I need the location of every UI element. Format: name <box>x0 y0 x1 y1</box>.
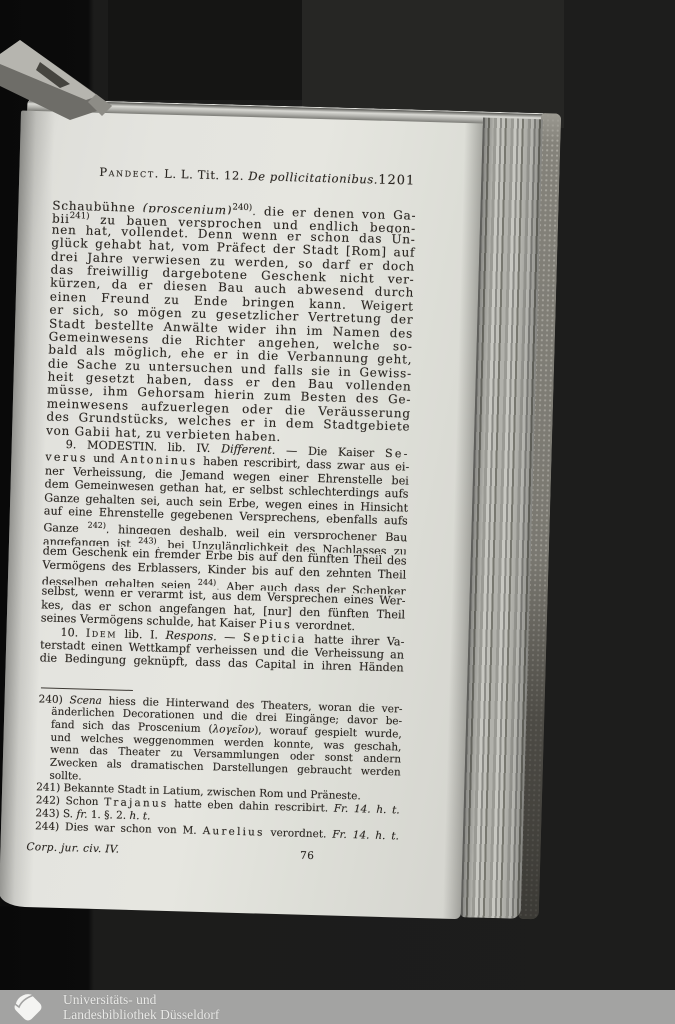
footnote-text: 240) Scena hiess die Hinterwand des Thea… <box>35 693 403 843</box>
torn-cover-corner <box>0 28 140 132</box>
main-text: Schaubühne (proscenium)240), die er dene… <box>40 197 417 676</box>
library-logo-icon <box>7 990 51 1024</box>
scanned-page: Pandect. L. L. Tit. 12. De pollicitation… <box>0 111 483 920</box>
library-name-line1: Universitäts- und <box>63 992 219 1007</box>
page-number: 1201 <box>378 173 415 189</box>
signature-line: Corp. jur. civ. IV. 76 <box>34 842 398 865</box>
volume-signature: Corp. jur. civ. IV. <box>26 841 119 856</box>
running-header: Pandect. L. L. Tit. 12. De pollicitation… <box>53 164 417 190</box>
library-name: Universitäts- und Landesbibliothek Düsse… <box>63 992 219 1022</box>
running-header-title: Pandect. L. L. Tit. 12. De pollicitation… <box>53 164 378 187</box>
sheet-number: 76 <box>300 850 315 862</box>
page-content: Pandect. L. L. Tit. 12. De pollicitation… <box>34 164 417 865</box>
library-name-line2: Landesbibliothek Düsseldorf <box>63 1007 219 1022</box>
book-page-photo: Pandect. L. L. Tit. 12. De pollicitation… <box>0 99 561 922</box>
library-footer-bar: Universitäts- und Landesbibliothek Düsse… <box>0 990 675 1024</box>
footnote-separator <box>41 687 133 691</box>
